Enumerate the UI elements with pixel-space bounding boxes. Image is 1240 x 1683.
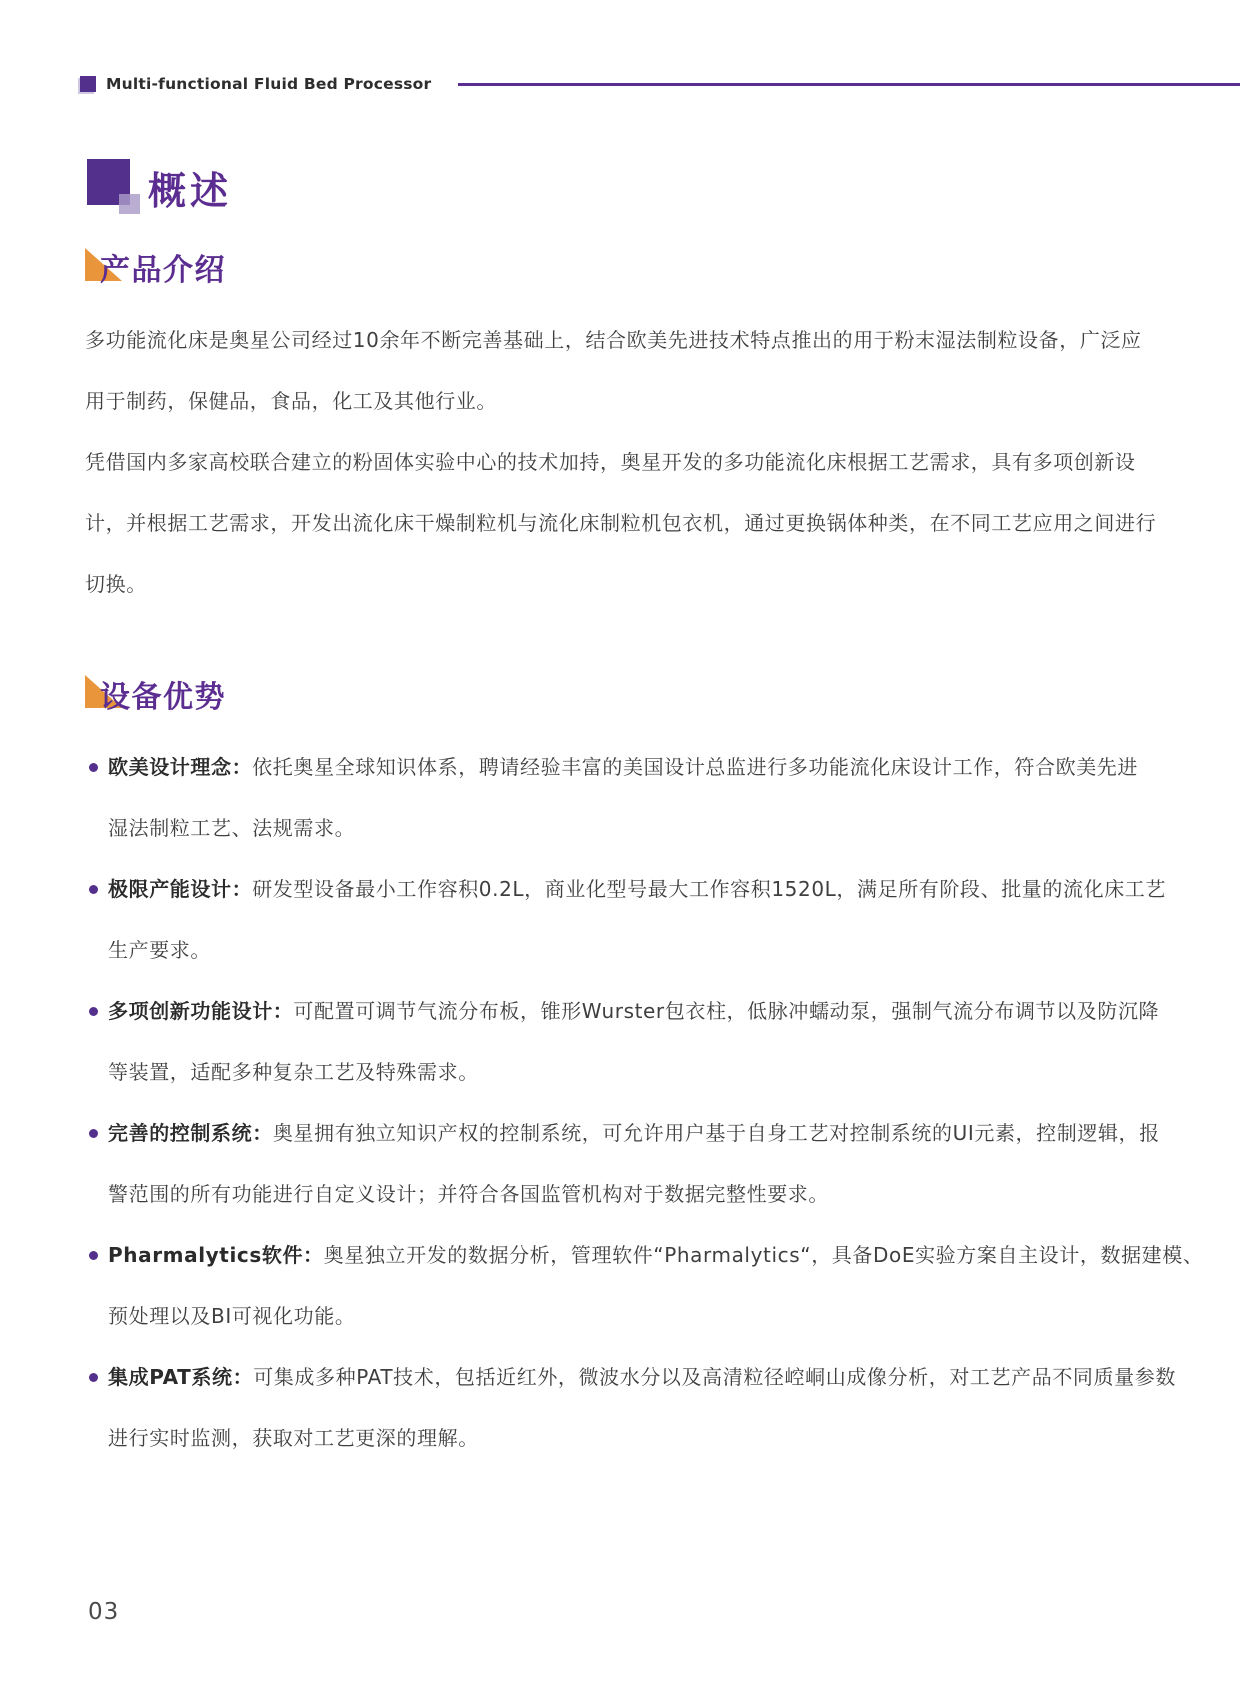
bullet-lead: 集成PAT系统： [108, 1365, 253, 1389]
list-item: 多项创新功能设计：可配置可调节气流分布板，锥形Wurster包衣柱，低脉冲蠕动泵… [85, 981, 1157, 1103]
advantages-heading: 设备优势 [85, 672, 1240, 707]
bullet-dot-icon [89, 885, 98, 894]
bullet-lead: 完善的控制系统： [108, 1121, 273, 1145]
bullet-line: 多项创新功能设计：可配置可调节气流分布板，锥形Wurster包衣柱，低脉冲蠕动泵… [108, 981, 1157, 1042]
paragraph-line: 用于制药，保健品，食品，化工及其他行业。 [85, 371, 1157, 432]
header-square-icon [80, 76, 96, 92]
list-item: 欧美设计理念：依托奥星全球知识体系，聘请经验丰富的美国设计总监进行多功能流化床设… [85, 737, 1157, 859]
page-header: Multi-functional Fluid Bed Processor [0, 0, 1240, 93]
paragraph-line: 凭借国内多家高校联合建立的粉固体实验中心的技术加持，奥星开发的多功能流化床根据工… [85, 432, 1157, 493]
bullet-line: 欧美设计理念：依托奥星全球知识体系，聘请经验丰富的美国设计总监进行多功能流化床设… [108, 737, 1157, 798]
advantages-bullet-list: 欧美设计理念：依托奥星全球知识体系，聘请经验丰富的美国设计总监进行多功能流化床设… [85, 737, 1157, 1469]
advantages-title: 设备优势 [100, 672, 226, 716]
bullet-line: 进行实时监测，获取对工艺更深的理解。 [108, 1408, 1157, 1469]
bullet-dot-icon [89, 763, 98, 772]
bullet-line: 等装置，适配多种复杂工艺及特殊需求。 [108, 1042, 1157, 1103]
bullet-dot-icon [89, 1129, 98, 1138]
page-number: 03 [88, 1599, 119, 1625]
list-item: Pharmalytics软件：奥星独立开发的数据分析，管理软件“Pharmaly… [85, 1225, 1157, 1347]
bullet-dot-icon [89, 1007, 98, 1016]
bullet-line: 预处理以及BI可视化功能。 [108, 1286, 1157, 1347]
bullet-line: 集成PAT系统：可集成多种PAT技术，包括近红外，微波水分以及高清粒径崆峒山成像… [108, 1347, 1157, 1408]
document-page: { "colors":{ "purple":"#5B2D90", "purple… [0, 0, 1240, 1683]
list-item: 极限产能设计：研发型设备最小工作容积0.2L，商业化型号最大工作容积1520L，… [85, 859, 1157, 981]
bullet-line: 警范围的所有功能进行自定义设计；并符合各国监管机构对于数据完整性要求。 [108, 1164, 1157, 1225]
paragraph-line: 多功能流化床是奥星公司经过10余年不断完善基础上，结合欧美先进技术特点推出的用于… [85, 310, 1157, 371]
bullet-lead: 极限产能设计： [108, 877, 252, 901]
bullet-line: 极限产能设计：研发型设备最小工作容积0.2L，商业化型号最大工作容积1520L，… [108, 859, 1157, 920]
bullet-line: 完善的控制系统：奥星拥有独立知识产权的控制系统，可允许用户基于自身工艺对控制系统… [108, 1103, 1157, 1164]
page-title: 概述 [148, 160, 232, 215]
intro-heading: 产品介绍 [85, 245, 1240, 280]
overview-title-block: 概述 [87, 159, 1240, 215]
paragraph-line: 切换。 [85, 554, 1157, 615]
intro-title: 产品介绍 [100, 245, 226, 289]
bullet-line: 湿法制粒工艺、法规需求。 [108, 798, 1157, 859]
list-item: 集成PAT系统：可集成多种PAT技术，包括近红外，微波水分以及高清粒径崆峒山成像… [85, 1347, 1157, 1469]
paragraph-line: 计，并根据工艺需求，开发出流化床干燥制粒机与流化床制粒机包衣机，通过更换锅体种类… [85, 493, 1157, 554]
header-rule [458, 83, 1240, 86]
header-title: Multi-functional Fluid Bed Processor [106, 75, 431, 93]
bullet-line: Pharmalytics软件：奥星独立开发的数据分析，管理软件“Pharmaly… [108, 1225, 1157, 1286]
bullet-dot-icon [89, 1373, 98, 1382]
title-square-accent-icon [119, 194, 140, 214]
bullet-lead: 欧美设计理念： [108, 755, 252, 779]
bullet-dot-icon [89, 1251, 98, 1260]
intro-paragraphs: 多功能流化床是奥星公司经过10余年不断完善基础上，结合欧美先进技术特点推出的用于… [85, 310, 1157, 615]
bullet-lead: 多项创新功能设计： [108, 999, 293, 1023]
bullet-line: 生产要求。 [108, 920, 1157, 981]
bullet-lead: Pharmalytics软件： [108, 1243, 324, 1267]
list-item: 完善的控制系统：奥星拥有独立知识产权的控制系统，可允许用户基于自身工艺对控制系统… [85, 1103, 1157, 1225]
